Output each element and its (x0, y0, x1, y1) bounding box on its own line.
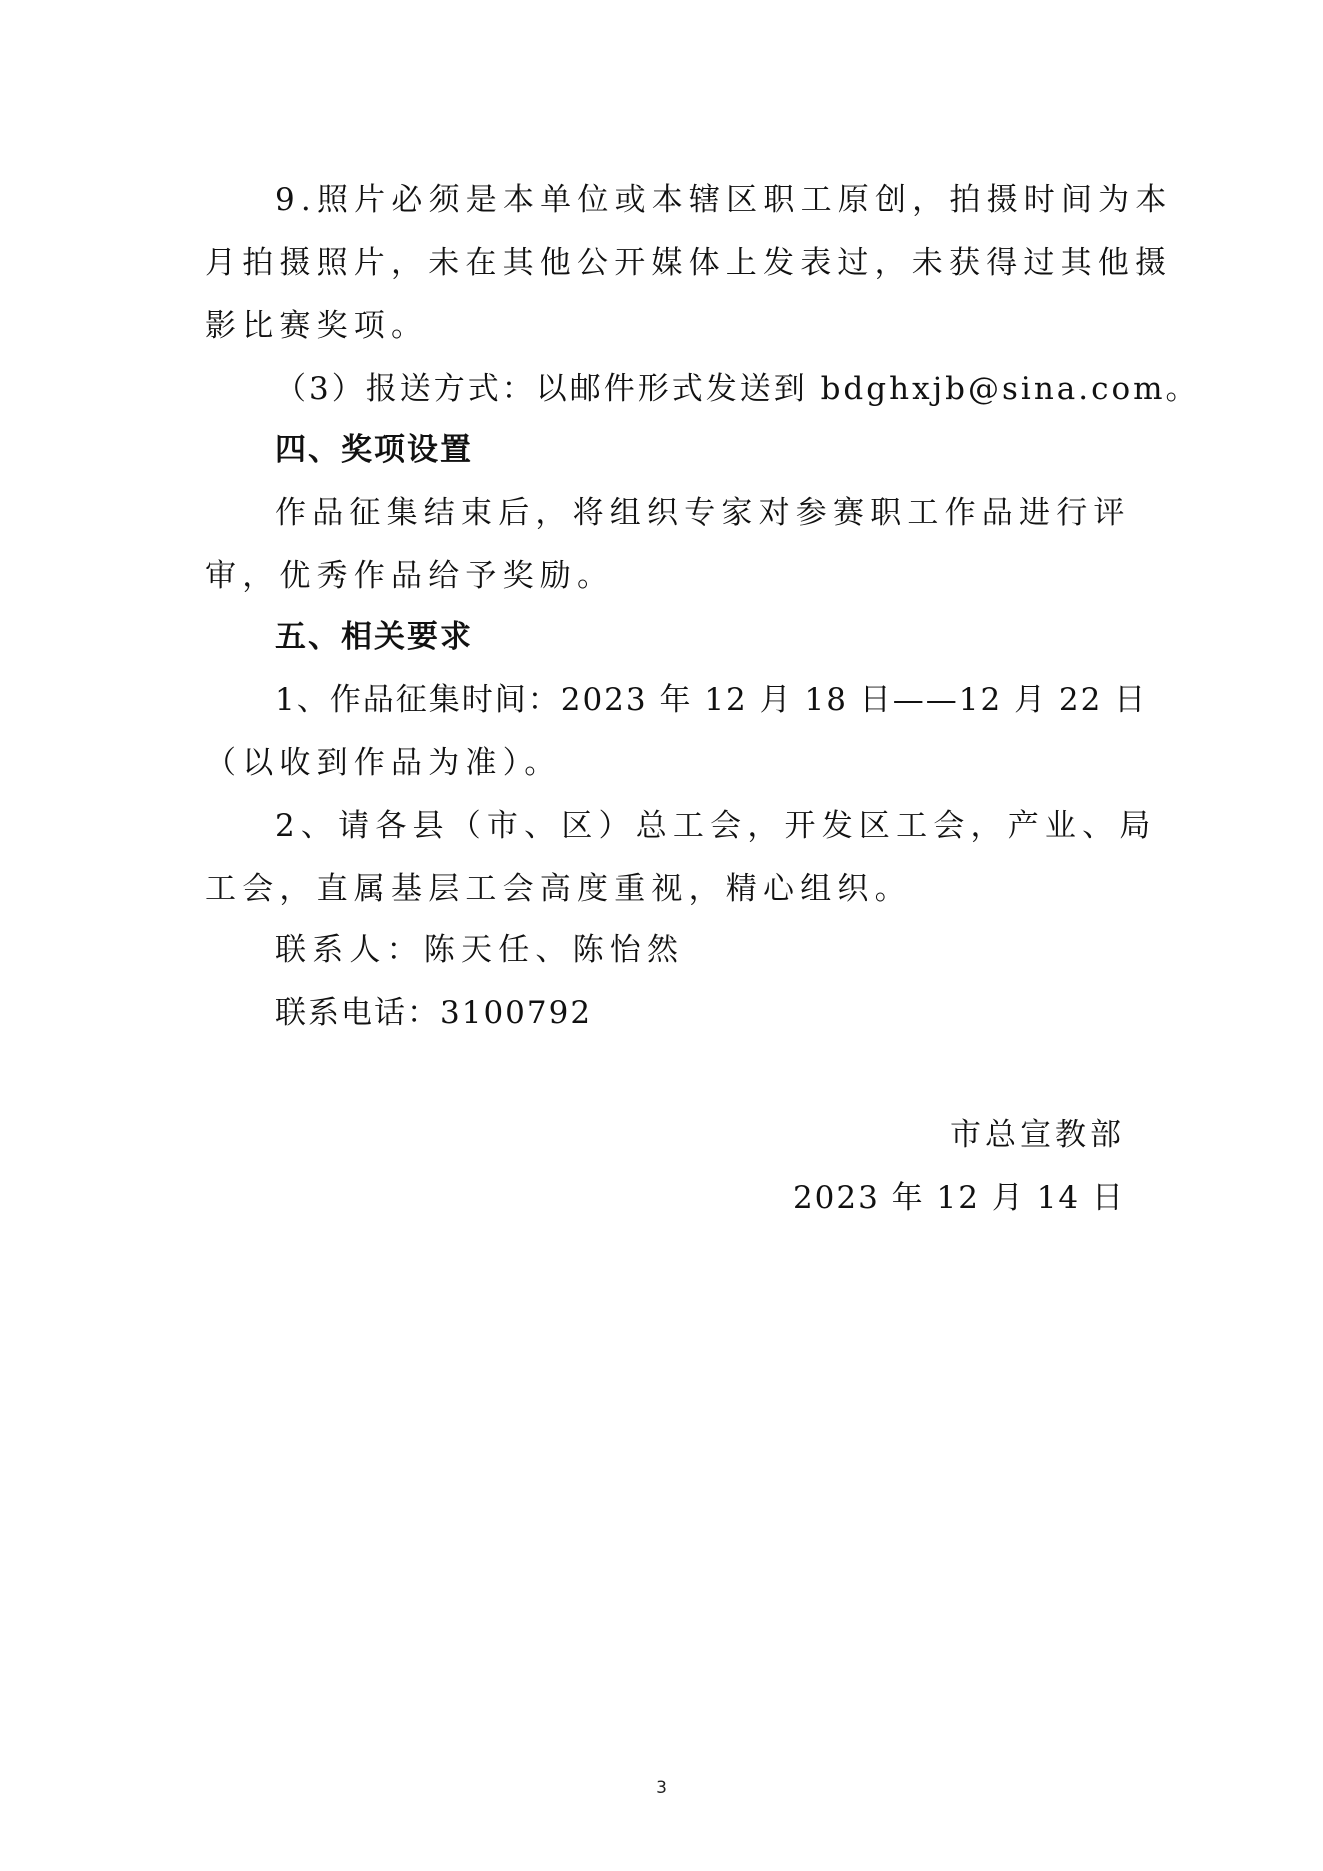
page-number: 3 (0, 1778, 1323, 1798)
signature-date: 2023 年 12 月 14 日 (793, 1178, 1125, 1218)
contact-person: 联系人：陈天任、陈怡然 (275, 930, 1195, 970)
requirement-1-line-2: （以收到作品为准）。 (205, 743, 1125, 783)
document-page: 9.照片必须是本单位或本辖区职工原创，拍摄时间为本 月拍摄照片，未在其他公开媒体… (0, 0, 1323, 1871)
requirement-2-line-1: 2、请各县（市、区）总工会，开发区工会，产业、局 (275, 806, 1195, 846)
section-heading-requirements: 五、相关要求 (275, 617, 1195, 657)
awards-line-2: 审，优秀作品给予奖励。 (205, 556, 1125, 596)
item-9-line-2: 月拍摄照片，未在其他公开媒体上发表过，未获得过其他摄 (205, 243, 1125, 283)
item-9-line-1: 9.照片必须是本单位或本辖区职工原创，拍摄时间为本 (275, 180, 1195, 220)
section-heading-awards: 四、奖项设置 (275, 430, 1195, 470)
submission-method: （3）报送方式：以邮件形式发送到 bdghxjb@sina.com。 (275, 369, 1195, 409)
item-9-line-3: 影比赛奖项。 (205, 306, 1125, 346)
contact-phone: 联系电话：3100792 (275, 993, 1195, 1033)
requirement-2-line-2: 工会，直属基层工会高度重视，精心组织。 (205, 869, 1125, 909)
awards-line-1: 作品征集结束后，将组织专家对参赛职工作品进行评 (275, 493, 1195, 533)
signature-department: 市总宣教部 (950, 1115, 1125, 1155)
requirement-1-line-1: 1、作品征集时间：2023 年 12 月 18 日——12 月 22 日 (275, 680, 1195, 720)
